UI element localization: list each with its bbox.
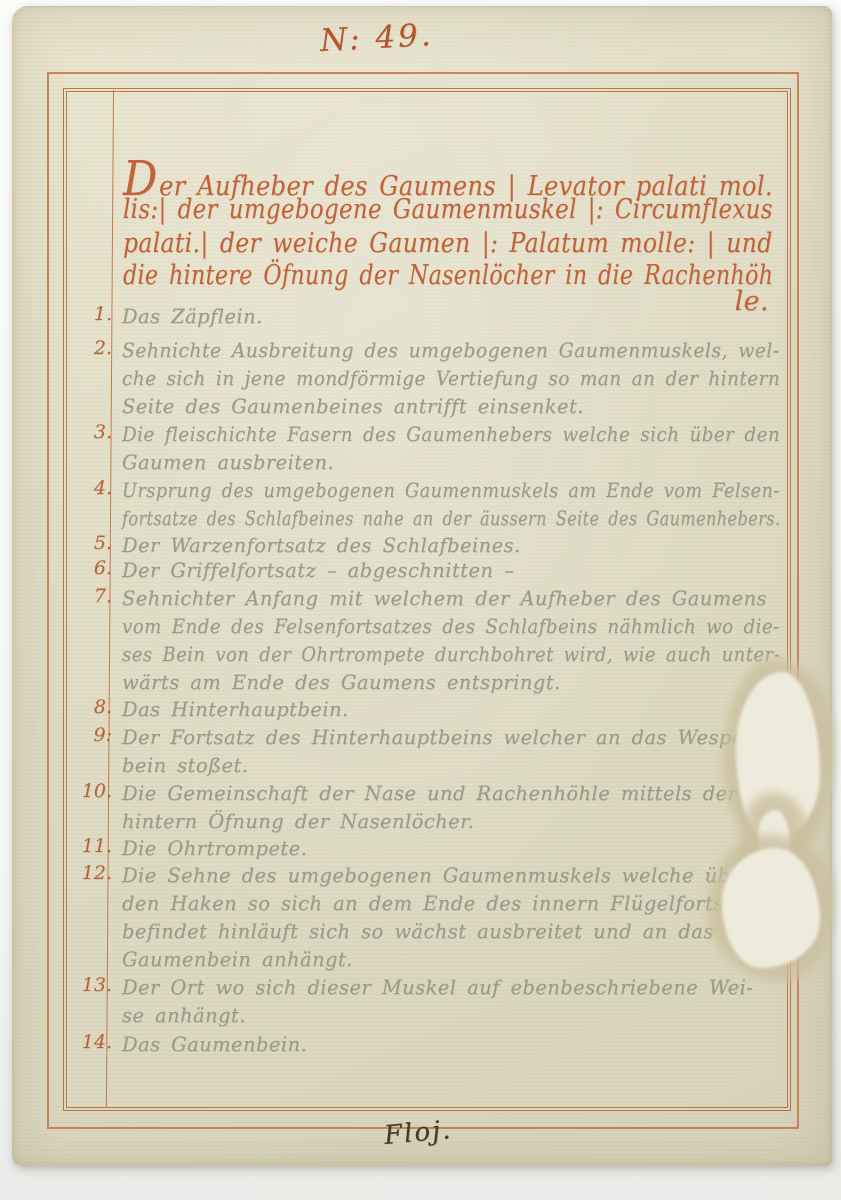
item-text-line: Der Warzenfortsatz des Schlafbeines. xyxy=(122,532,780,560)
item-text-line: Gaumen ausbreiten. xyxy=(122,449,780,477)
item-text-line: Die Gemeinschaft der Nase und Rachenhöhl… xyxy=(122,780,780,808)
list-item: 5.Der Warzenfortsatz des Schlafbeines. xyxy=(122,532,784,560)
item-text-line: fortsatze des Schlafbeines nahe an der ä… xyxy=(122,505,668,533)
paper-damage-stain-lower xyxy=(718,844,824,972)
title-line: die hintere Öfnung der Nasenlöcher in di… xyxy=(123,260,773,291)
list-item: 7.Sehnichter Anfang mit welchem der Aufh… xyxy=(122,585,784,697)
item-text-line: Ursprung des umgebogenen Gaumenmuskels a… xyxy=(122,477,722,505)
item-number: 6. xyxy=(74,557,112,579)
bottom-ink-mark: Floj. xyxy=(383,1115,454,1151)
title-line: lis:| der umgebogene Gaumenmuskel |: Cir… xyxy=(123,194,773,225)
item-text-line: wärts am Ende des Gaumens entspringt. xyxy=(122,669,780,697)
item-number: 3. xyxy=(74,421,112,443)
list-item: 1.Das Zäpflein. xyxy=(122,303,784,331)
item-text-line: ses Bein von der Ohrtrompete durchbohret… xyxy=(122,641,733,669)
list-item: 11.Die Ohrtrompete. xyxy=(122,835,784,863)
item-text-line: vom Ende des Felsenfortsatzes des Schlaf… xyxy=(122,613,739,641)
item-text-line: den Haken so sich an dem Ende des innern… xyxy=(122,890,780,918)
item-number: 9: xyxy=(74,724,112,746)
item-text-line: Der Ort wo sich dieser Muskel auf ebenbe… xyxy=(122,974,780,1002)
item-text-line: befindet hinläuft sich so wächst ausbrei… xyxy=(122,918,780,946)
list-item: 2.Sehnichte Ausbreitung des umgebogenen … xyxy=(122,337,784,421)
list-item: 12.Die Sehne des umgebogenen Gaumenmuske… xyxy=(122,862,784,974)
item-number: 8. xyxy=(74,696,112,718)
item-text-line: Sehnichter Anfang mit welchem der Aufheb… xyxy=(122,585,780,613)
item-text-line: Der Fortsatz des Hinterhauptbeins welche… xyxy=(122,724,780,752)
item-number: 13. xyxy=(74,974,112,996)
item-text-line: Sehnichte Ausbreitung des umgebogenen Ga… xyxy=(122,337,758,365)
item-text-line: Das Gaumenbein. xyxy=(122,1031,780,1059)
item-number: 7. xyxy=(74,585,112,607)
item-number: 12. xyxy=(74,862,112,884)
page-number: N: 49. xyxy=(319,17,434,59)
item-text-line: Seite des Gaumenbeines antrifft einsenke… xyxy=(122,393,780,421)
item-number: 14. xyxy=(74,1031,112,1053)
item-number: 5. xyxy=(74,532,112,554)
scan-background: { "document": { "page_number": "N: 49.",… xyxy=(0,0,841,1200)
title-line: palati.| der weiche Gaumen |: Palatum mo… xyxy=(123,228,773,259)
item-number: 2. xyxy=(74,337,112,359)
list-item: 3.Die fleischichte Fasern des Gaumenhebe… xyxy=(122,421,784,477)
list-item: 10.Die Gemeinschaft der Nase und Rachenh… xyxy=(122,780,784,836)
item-text-line: Die fleischichte Fasern des Gaumenhebers… xyxy=(122,421,743,449)
item-number: 10. xyxy=(74,780,112,802)
item-text-line: Die Ohrtrompete. xyxy=(122,835,780,863)
item-text-line: Der Griffelfortsatz – abgeschnitten – xyxy=(122,557,780,585)
stain-core xyxy=(722,848,820,968)
item-text-line: che sich in jene mondförmige Vertiefung … xyxy=(122,365,746,393)
item-text-line: Das Hinterhauptbein. xyxy=(122,696,780,724)
item-number: 1. xyxy=(74,303,112,325)
item-number: 11. xyxy=(74,835,112,857)
list-item: 13.Der Ort wo sich dieser Muskel auf ebe… xyxy=(122,974,784,1030)
item-text-line: se anhängt. xyxy=(122,1002,780,1030)
list-item: 9:Der Fortsatz des Hinterhauptbeins welc… xyxy=(122,724,784,780)
item-text-line: Die Sehne des umgebogenen Gaumenmuskels … xyxy=(122,862,780,890)
item-text-line: Das Zäpflein. xyxy=(122,303,780,331)
item-number: 4. xyxy=(74,477,112,499)
item-text-line: bein stoßet. xyxy=(122,752,780,780)
list-item: 14.Das Gaumenbein. xyxy=(122,1031,784,1059)
item-text-line: hintern Öfnung der Nasenlöcher. xyxy=(122,808,780,836)
item-text-line: Gaumenbein anhängt. xyxy=(122,946,780,974)
list-item: 8.Das Hinterhauptbein. xyxy=(122,696,784,724)
list-item: 6.Der Griffelfortsatz – abgeschnitten – xyxy=(122,557,784,585)
manuscript-page: N: 49. Der Aufheber des Gaumens | Levato… xyxy=(12,6,832,1166)
list-item: 4.Ursprung des umgebogenen Gaumenmuskels… xyxy=(122,477,784,533)
